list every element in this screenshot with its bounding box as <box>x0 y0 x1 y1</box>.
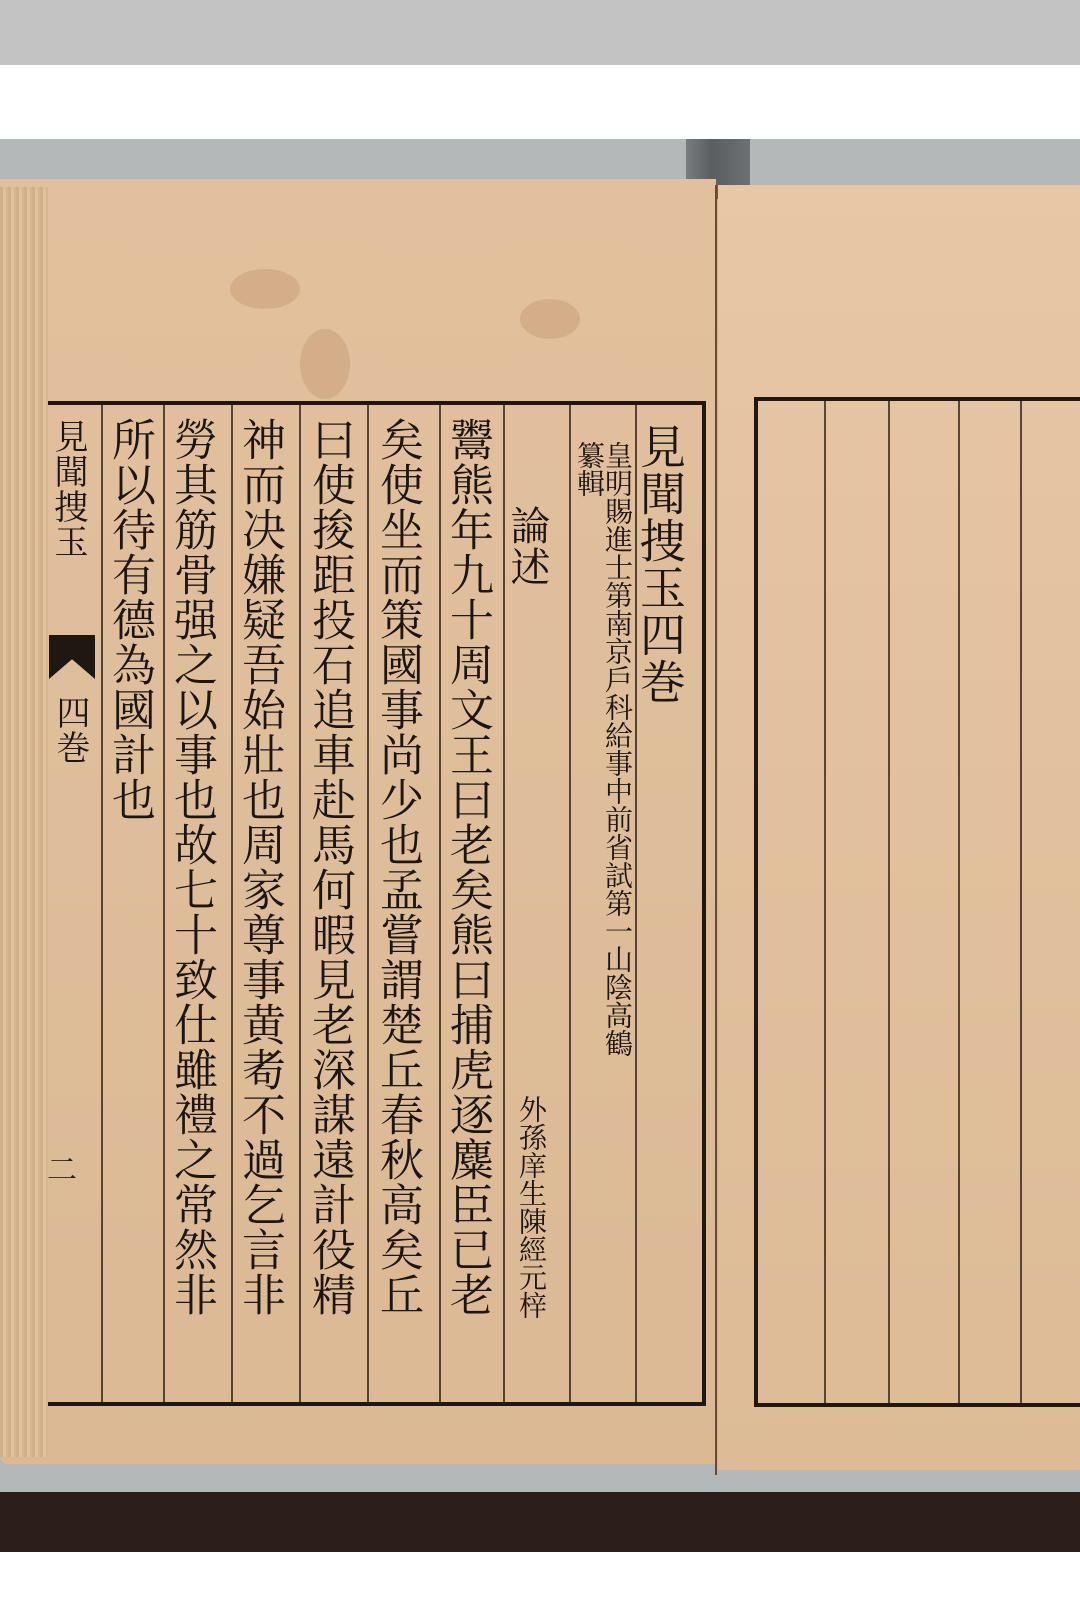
text-frame: 見聞捜玉 四巻 二 見聞捜玉四巻 皇明賜進士第南京戶科給事中前省試第一山陰高鶴纂… <box>38 401 706 1406</box>
paper-stain <box>230 269 300 309</box>
margin-book-title: 見聞捜玉 <box>51 419 85 559</box>
book-gutter <box>715 185 717 1475</box>
column-rule <box>958 401 960 1403</box>
column-rule <box>231 405 233 1402</box>
column-rule <box>299 405 301 1402</box>
column-rule <box>824 401 826 1403</box>
section-heading: 論述 <box>507 505 547 587</box>
text-column-3: 曰使捘距投石追車赴馬何暇見老深謀遠計役精 <box>307 417 351 1317</box>
viewer-top-bar <box>0 0 1080 65</box>
left-page: 見聞捜玉 四巻 二 見聞捜玉四巻 皇明賜進士第南京戶科給事中前省試第一山陰高鶴纂… <box>0 179 716 1464</box>
column-rule <box>367 405 369 1402</box>
book-title-column: 見聞捜玉四巻 <box>637 423 683 705</box>
page-stack-edge <box>0 187 48 1457</box>
author-credit-upper: 皇明賜進士第南京戶科給事中前省試第一山陰高鶴纂輯 <box>575 441 631 1081</box>
blank-ruled-frame <box>754 397 1080 1407</box>
column-rule <box>888 401 890 1403</box>
right-page <box>718 185 1080 1470</box>
column-rule <box>163 405 165 1402</box>
text-column-2: 矣使坐而策國事尚少也孟嘗謂楚丘春秋高矣丘 <box>375 417 419 1317</box>
table-shadow <box>0 1492 1080 1552</box>
paper-stain <box>520 299 580 339</box>
text-column-5: 勞其筋骨强之以事也故七十致仕雖禮之常然非 <box>169 417 213 1317</box>
column-rule <box>439 405 441 1402</box>
column-rule <box>569 405 571 1402</box>
page-number: 二 <box>47 1145 77 1189</box>
text-column-4: 神而决嫌疑吾始壯也周家尊事黄耇不過乞言非 <box>237 417 281 1317</box>
book-photograph: 見聞捜玉 四巻 二 見聞捜玉四巻 皇明賜進士第南京戶科給事中前省試第一山陰高鶴纂… <box>0 139 1080 1552</box>
column-rule <box>1020 401 1022 1403</box>
author-credit-lower: 外孫庠生陳經元梓 <box>517 1095 545 1319</box>
fishtail-mark-icon <box>49 635 95 679</box>
margin-volume: 四巻 <box>53 695 87 765</box>
text-column-1: 鬻熊年九十周文王曰老矣熊曰捕虎逐麋臣已老 <box>445 417 489 1317</box>
paper-stain <box>300 329 350 399</box>
text-column-6: 所以待有德為國計也 <box>107 417 151 822</box>
column-rule <box>101 405 103 1402</box>
